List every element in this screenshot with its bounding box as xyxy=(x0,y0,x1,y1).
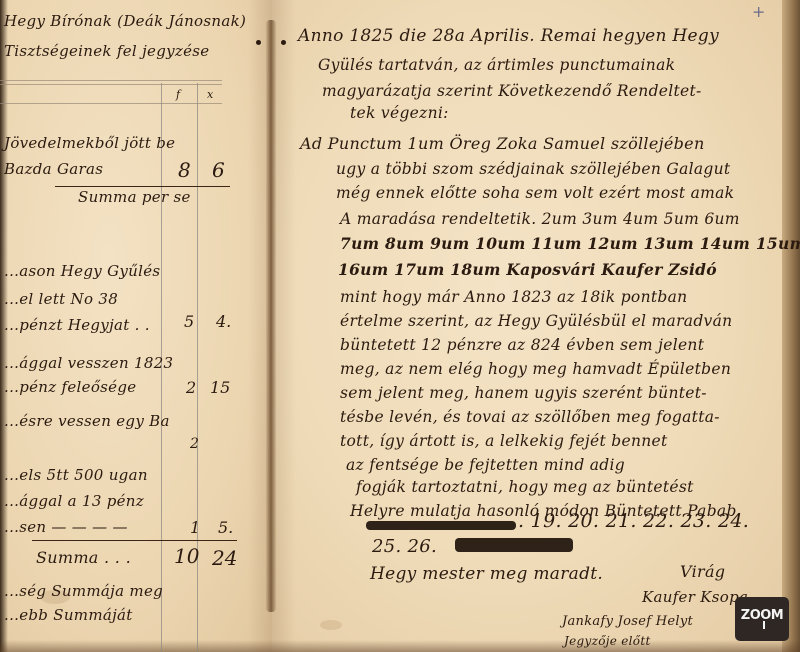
col-header-x: x xyxy=(207,88,214,101)
ledger-value-f: 2 xyxy=(186,378,196,397)
manuscript-line: tek végezni: xyxy=(350,104,449,122)
ledger-value-x: 15 xyxy=(210,378,230,397)
manuscript-line: magyarázatja szerint Következendő Rendel… xyxy=(322,82,702,100)
struck-out-text xyxy=(455,538,573,552)
col-header-f: f xyxy=(176,88,180,101)
manuscript-line: Anno 1825 die 28a Aprilis. Remai hegyen … xyxy=(298,26,719,46)
manuscript-line: értelme szerint, az Hegy Gyülésbül el ma… xyxy=(340,312,732,330)
manuscript-line: Gyülés tartatván, az ártimles punctumain… xyxy=(318,56,675,74)
ledger-entry-text: Summa per se xyxy=(78,188,191,206)
paragraph-numbers: 25. 26. xyxy=(372,536,437,557)
ledger-entry-text: ...pénz feleősége xyxy=(4,378,136,396)
manuscript-line: ugy a többi szom szédjainak szöllejében … xyxy=(336,160,730,178)
page-edges xyxy=(782,0,800,652)
manuscript-line: A maradása rendeltetik. 2um 3um 4um 5um … xyxy=(340,210,740,228)
manuscript-line: fogják tartoztatni, hogy meg az büntetés… xyxy=(356,478,694,496)
ledger-value-f: 8 xyxy=(178,158,191,182)
ledger-value-f: 2 xyxy=(190,436,199,452)
left-heading-2: Tisztségeinek fel jegyzése xyxy=(4,42,209,60)
signature: Virág xyxy=(680,562,725,581)
signature: Jankafy Josef Helyt xyxy=(562,614,693,629)
manuscript-line: 7um 8um 9um 10um 11um 12um 13um 14um 15u… xyxy=(340,234,800,253)
summa-label: Summa . . . xyxy=(36,548,131,567)
manuscript-line: Ad Punctum 1um Öreg Zoka Samuel szöllejé… xyxy=(300,134,705,153)
ledger-entry-text: Jövedelmekből jött be xyxy=(4,134,175,152)
ledger-rule xyxy=(0,103,222,104)
ledger-value-x: 4. xyxy=(216,312,231,331)
ledger-entry-text: ...ésre vessen egy Ba xyxy=(4,412,170,430)
book-spine xyxy=(266,20,276,612)
ledger-value-x: 6 xyxy=(212,158,225,182)
manuscript-line: mint hogy már Anno 1823 az 18ik pontban xyxy=(340,288,687,306)
ledger-entry-text: Bazda Garas xyxy=(4,160,103,178)
manuscript-line: tott, így ártott is, a lelkekig fejét be… xyxy=(340,432,668,450)
ledger-value-f: 5 xyxy=(184,312,194,331)
left-footer-line: ...ebb Summáját xyxy=(4,606,133,624)
ledger-rule xyxy=(0,84,222,85)
ledger-value-x: 5. xyxy=(218,518,233,537)
paragraph-numbers: . 19. 20. 21. 22. 23. 24. xyxy=(518,510,749,532)
zoom-label: ZOOM xyxy=(741,609,783,622)
left-heading-1: Hegy Bírónak (Deák Jánosnak) xyxy=(4,12,246,30)
manuscript-line: még ennek előtte soha sem volt ezért mos… xyxy=(336,184,734,202)
zoom-button[interactable]: ZOOM xyxy=(735,597,789,641)
manuscript-scan: Hegy Bírónak (Deák Jánosnak) Tisztségein… xyxy=(0,0,800,652)
manuscript-line: Hegy mester meg maradt. xyxy=(370,564,603,584)
paper-stain xyxy=(320,620,342,630)
manuscript-line: sem jelent meg, hanem ugyis szerént bünt… xyxy=(340,384,707,402)
bottom-edge-shadow xyxy=(0,640,800,652)
subtotal-rule xyxy=(55,186,230,187)
manuscript-line: 16um 17um 18um Kaposvári Kaufer Zsidó xyxy=(338,260,717,279)
manuscript-line: meg, az nem elég hogy meg hamvadt Épület… xyxy=(340,360,731,378)
manuscript-line: tésbe levén, és tovai az szöllőben meg f… xyxy=(340,408,720,426)
ledger-entry-text: ...el lett No 38 xyxy=(4,290,118,308)
corner-mark: + xyxy=(752,2,766,21)
ledger-rule xyxy=(0,80,222,81)
magnifier-icon xyxy=(763,621,765,629)
binding-hole xyxy=(256,40,261,45)
total-rule xyxy=(32,540,237,541)
ledger-entry-text: ...els 5tt 500 ugan xyxy=(4,466,148,484)
summa-value-f: 10 xyxy=(174,544,199,568)
ledger-entry-text: ...sen — — — — xyxy=(4,518,128,536)
manuscript-line: büntetett 12 pénzre az 824 évben sem jel… xyxy=(340,336,704,354)
manuscript-line: az fentsége be fejtetten mind adig xyxy=(346,456,625,474)
binding-hole xyxy=(281,40,286,45)
ledger-value-f: 1 xyxy=(190,518,200,537)
summa-value-x: 24 xyxy=(212,546,237,570)
ledger-entry-text: ...ason Hegy Gyűlés xyxy=(4,262,160,280)
left-footer-line: ...ség Summája meg xyxy=(4,582,163,600)
ledger-entry-text: ...pénzt Hegyjat . . xyxy=(4,316,150,334)
signature: Jegyzője előtt xyxy=(564,634,651,648)
signature: Kaufer Ksopa xyxy=(642,588,748,606)
ledger-entry-text: ...ággal vesszen 1823 xyxy=(4,354,173,372)
ledger-entry-text: ...ággal a 13 pénz xyxy=(4,492,144,510)
